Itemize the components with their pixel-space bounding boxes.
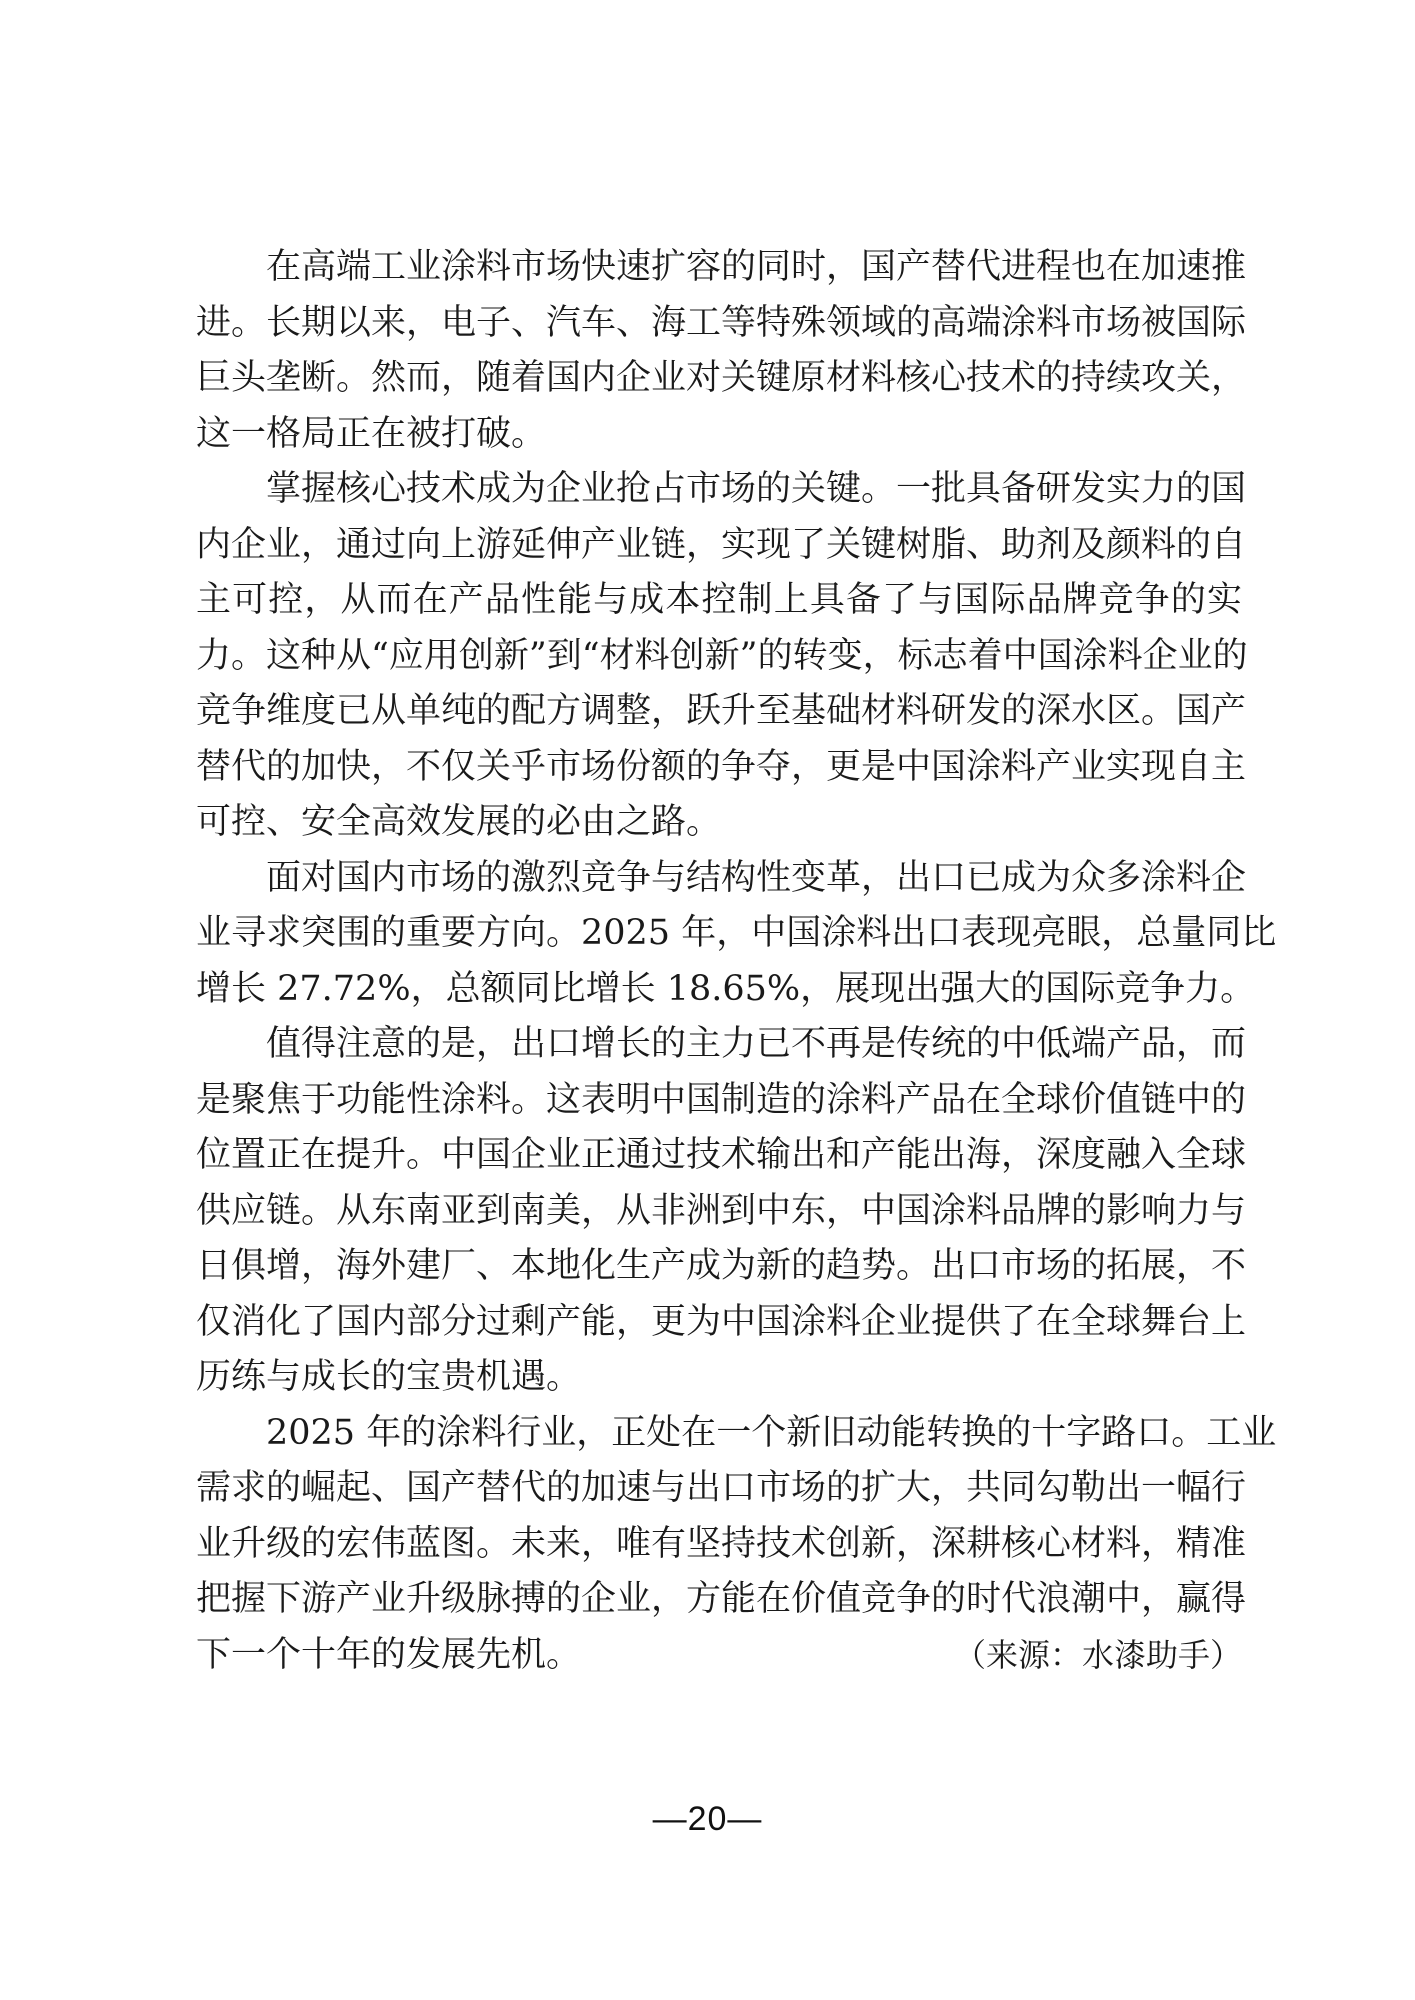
- text-line: 增长 27.72%，总额同比增长 18.65%，展现出强大的国际竞争力。: [196, 962, 1242, 1018]
- text-line: 可控、安全高效发展的必由之路。: [196, 795, 1242, 851]
- text-line: 把握下游产业升级脉搏的企业，方能在价值竞争的时代浪潮中，赢得: [196, 1572, 1242, 1628]
- text-line: 日俱增，海外建厂、本地化生产成为新的趋势。出口市场的拓展，不: [196, 1239, 1242, 1295]
- article-body: 在高端工业涂料市场快速扩容的同时，国产替代进程也在加速推 进。长期以来，电子、汽…: [196, 240, 1242, 1683]
- text-line: 2025 年的涂料行业，正处在一个新旧动能转换的十字路口。工业: [196, 1406, 1242, 1462]
- page-number: —20—: [0, 1800, 1415, 1839]
- text-line: 进。长期以来，电子、汽车、海工等特殊领域的高端涂料市场被国际: [196, 296, 1242, 352]
- text-line: 业寻求突围的重要方向。2025 年，中国涂料出口表现亮眼，总量同比: [196, 906, 1242, 962]
- paragraph-export-growth: 面对国内市场的激烈竞争与结构性变革，出口已成为众多涂料企 业寻求突围的重要方向。…: [196, 851, 1242, 1018]
- text-line: 这一格局正在被打破。: [196, 407, 1242, 463]
- document-page: 在高端工业涂料市场快速扩容的同时，国产替代进程也在加速推 进。长期以来，电子、汽…: [0, 0, 1415, 2000]
- text-line: 仅消化了国内部分过剩产能，更为中国涂料企业提供了在全球舞台上: [196, 1295, 1242, 1351]
- text-line: 位置正在提升。中国企业正通过技术输出和产能出海，深度融入全球: [196, 1128, 1242, 1184]
- text-line-with-source: 下一个十年的发展先机。 （来源：水漆助手）: [196, 1628, 1242, 1684]
- text-line: 历练与成长的宝贵机遇。: [196, 1350, 1242, 1406]
- text-line: 内企业，通过向上游延伸产业链，实现了关键树脂、助剂及颜料的自: [196, 518, 1242, 574]
- text-line: 值得注意的是，出口增长的主力已不再是传统的中低端产品，而: [196, 1017, 1242, 1073]
- text-line: 是聚焦于功能性涂料。这表明中国制造的涂料产品在全球价值链中的: [196, 1073, 1242, 1129]
- paragraph-domestic-substitution: 在高端工业涂料市场快速扩容的同时，国产替代进程也在加速推 进。长期以来，电子、汽…: [196, 240, 1242, 462]
- text-line: 巨头垄断。然而，随着国内企业对关键原材料核心技术的持续攻关，: [196, 351, 1242, 407]
- text-line: 力。这种从“应用创新”到“材料创新”的转变，标志着中国涂料企业的: [196, 629, 1242, 685]
- text-line: 供应链。从东南亚到南美，从非洲到中东，中国涂料品牌的影响力与: [196, 1184, 1242, 1240]
- text-line: 面对国内市场的激烈竞争与结构性变革，出口已成为众多涂料企: [196, 851, 1242, 907]
- paragraph-conclusion: 2025 年的涂料行业，正处在一个新旧动能转换的十字路口。工业 需求的崛起、国产…: [196, 1406, 1242, 1684]
- text-line: 掌握核心技术成为企业抢占市场的关键。一批具备研发实力的国: [196, 462, 1242, 518]
- text-line: 业升级的宏伟蓝图。未来，唯有坚持技术创新，深耕核心材料，精准: [196, 1517, 1242, 1573]
- text-line-final: 下一个十年的发展先机。: [196, 1628, 581, 1684]
- text-line: 在高端工业涂料市场快速扩容的同时，国产替代进程也在加速推: [196, 240, 1242, 296]
- paragraph-functional-coatings: 值得注意的是，出口增长的主力已不再是传统的中低端产品，而 是聚焦于功能性涂料。这…: [196, 1017, 1242, 1406]
- text-line: 主可控，从而在产品性能与成本控制上具备了与国际品牌竞争的实: [196, 573, 1242, 629]
- text-line: 需求的崛起、国产替代的加速与出口市场的扩大，共同勾勒出一幅行: [196, 1461, 1242, 1517]
- text-line: 竞争维度已从单纯的配方调整，跃升至基础材料研发的深水区。国产: [196, 684, 1242, 740]
- paragraph-core-technology: 掌握核心技术成为企业抢占市场的关键。一批具备研发实力的国 内企业，通过向上游延伸…: [196, 462, 1242, 851]
- source-attribution: （来源：水漆助手）: [954, 1628, 1242, 1684]
- text-line: 替代的加快，不仅关乎市场份额的争夺，更是中国涂料产业实现自主: [196, 740, 1242, 796]
